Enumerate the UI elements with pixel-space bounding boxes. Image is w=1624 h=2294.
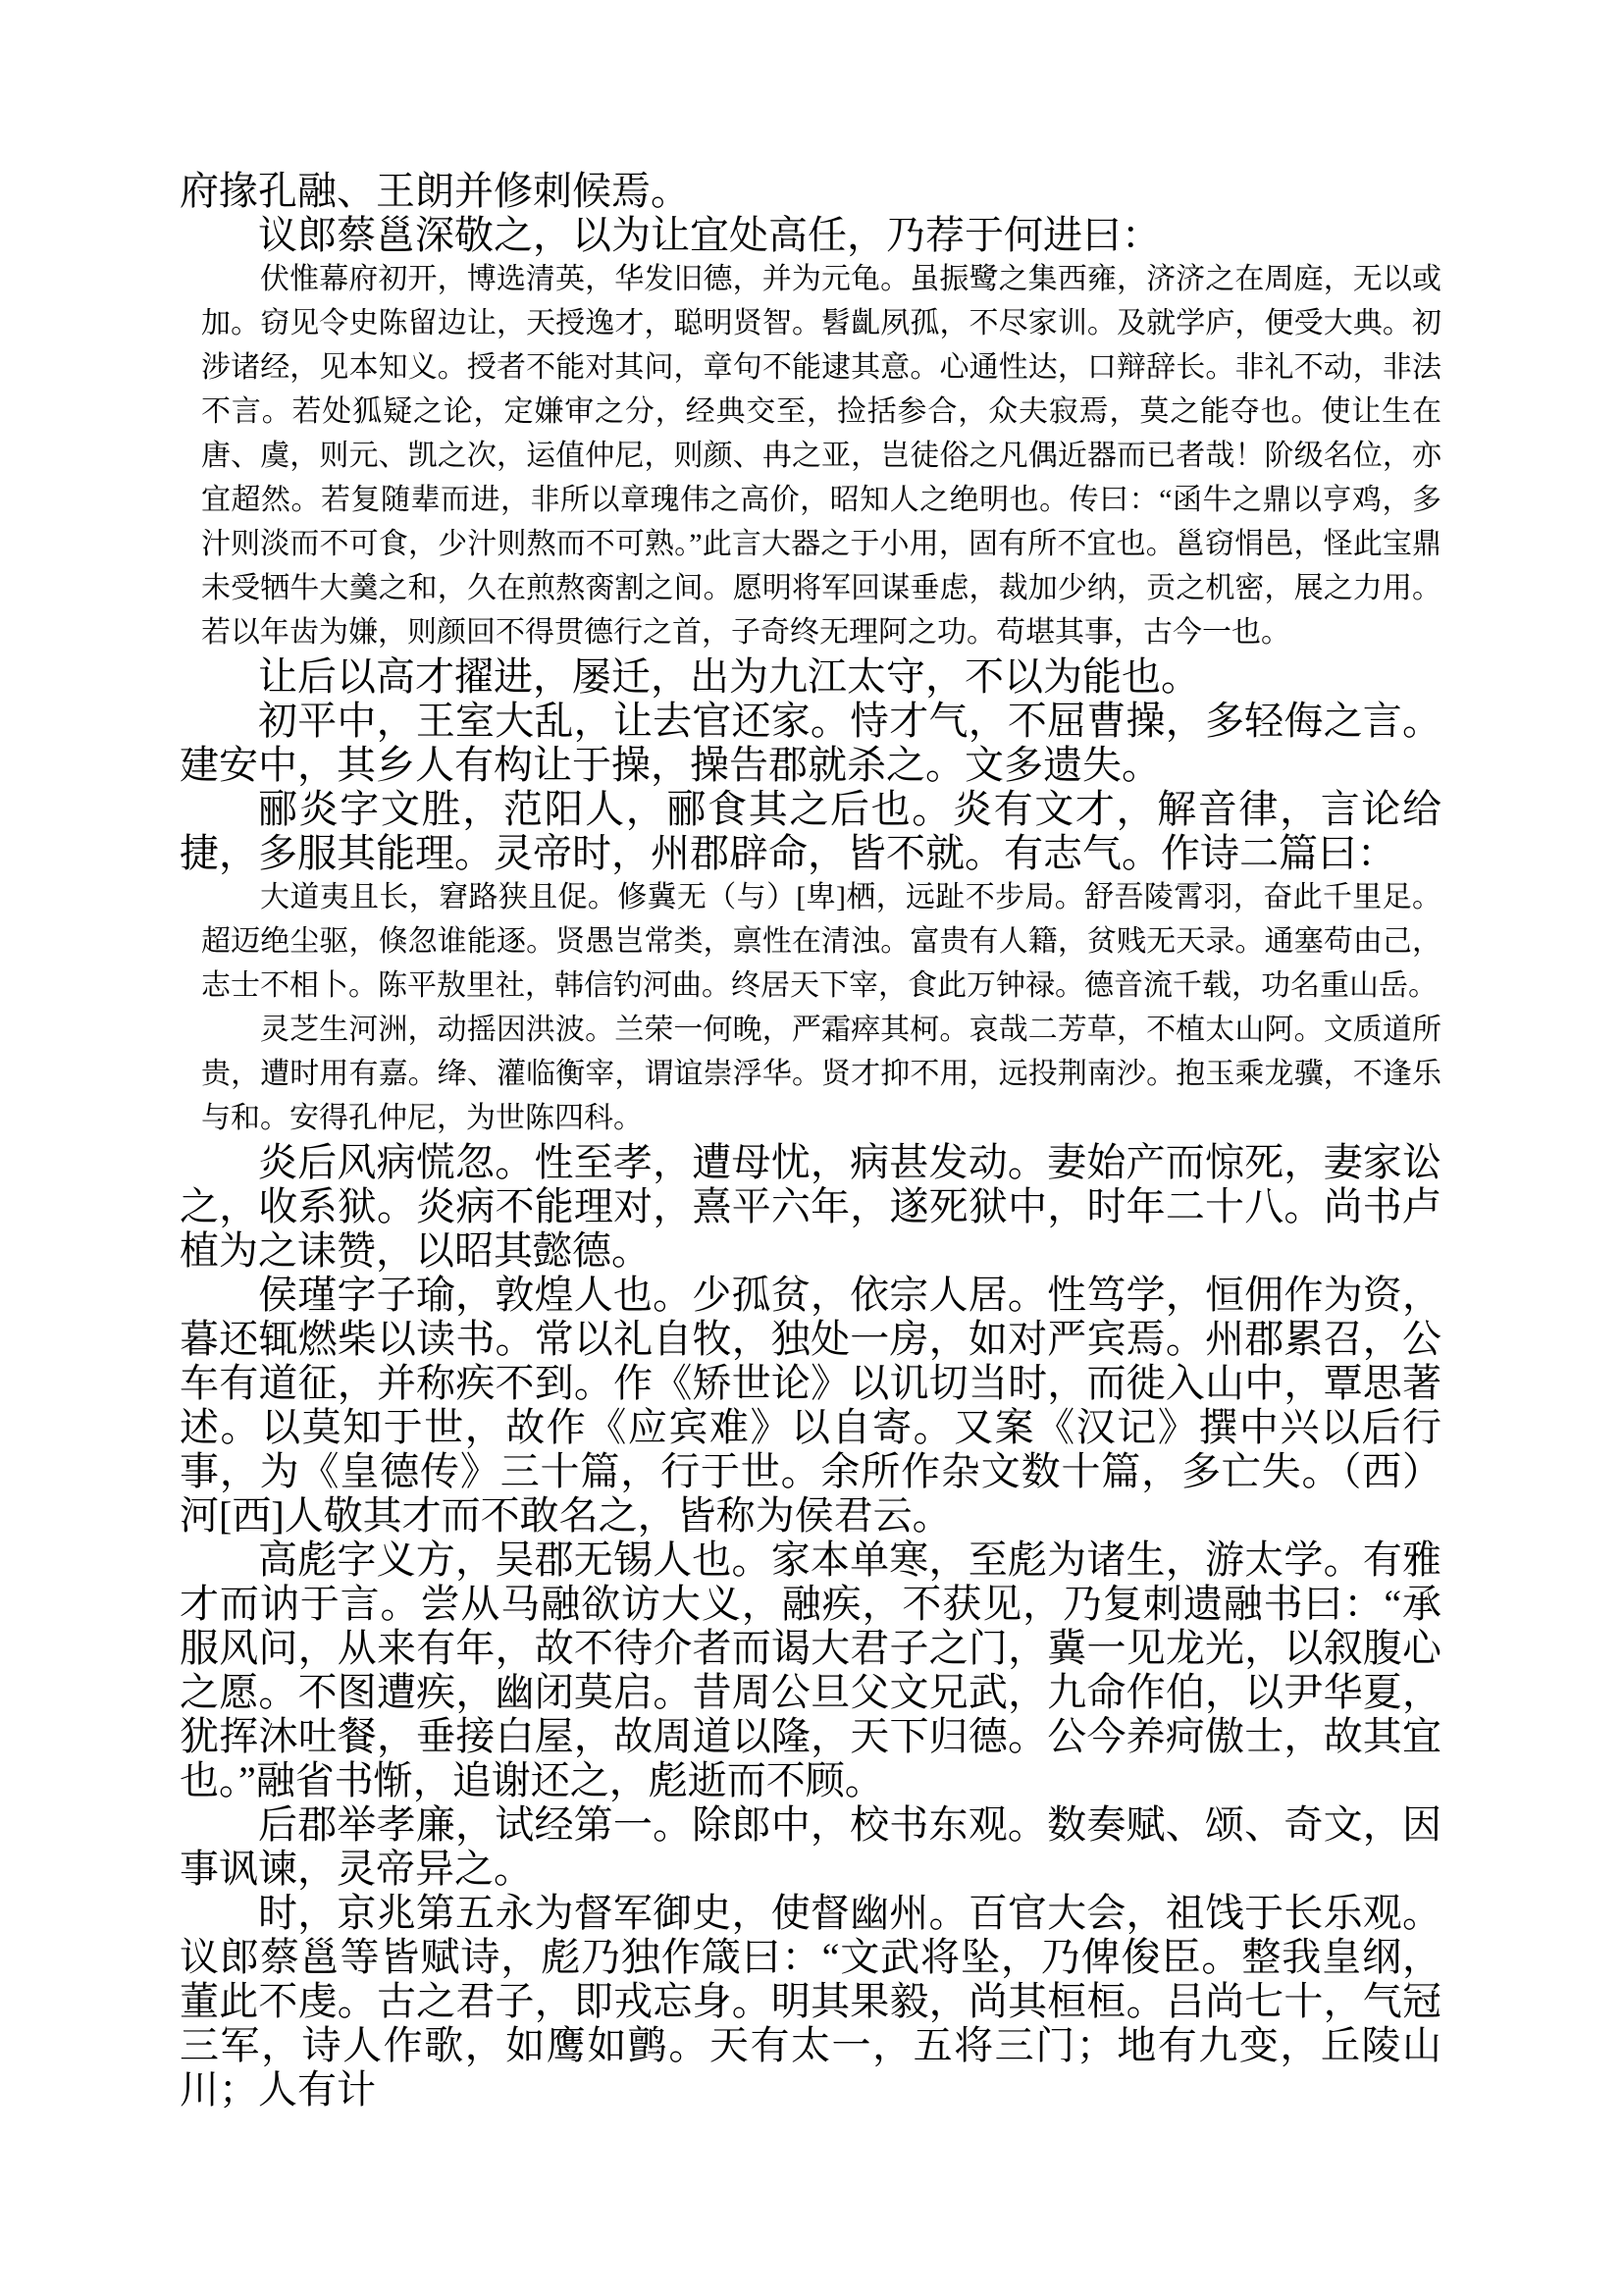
body-paragraph-li-yan-intro: 郦炎字文胜，范阳人，郦食其之后也。炎有文才，解音律，言论给捷，多服其能理。灵帝时… <box>180 787 1441 875</box>
body-paragraph-recommendation-intro: 议郎蔡邕深敬之，以为让宜处高任，乃荐于何进曰： <box>180 213 1441 257</box>
quote-block-cai-yong-letter: 伏惟幕府初开，博选清英，华发旧德，并为元龟。虽振鹭之集西雍，济济之在周庭，无以或… <box>201 257 1441 654</box>
poem-stanza-1: 大道夷且长，窘路狭且促。修冀无（与）[卑]栖，远趾不步局。舒吾陵霄羽，奋此千里足… <box>201 875 1441 1008</box>
body-paragraph-hou-jin: 侯瑾字子瑜，敦煌人也。少孤贫，依宗人居。性笃学，恒佣作为资，暮还辄燃柴以读书。常… <box>180 1273 1441 1538</box>
body-paragraph-li-yan-death: 炎后风病慌忽。性至孝，遭母忧，病甚发动。妻始产而惊死，妻家讼之，收系狱。炎病不能… <box>180 1140 1441 1273</box>
body-paragraph-promotion: 让后以高才擢进，屡迁，出为九江太守，不以为能也。 <box>180 654 1441 699</box>
body-paragraph-gao-biao: 高彪字义方，吴郡无锡人也。家本单寒，至彪为诸生，游太学。有雅才而讷于言。尝从马融… <box>180 1538 1441 1802</box>
body-paragraph-zhen-inscription: 时，京兆第五永为督军御史，使督幽州。百官大会，祖饯于长乐观。议郎蔡邕等皆赋诗，彪… <box>180 1891 1441 2112</box>
poem-stanza-2: 灵芝生河洲，动摇因洪波。兰荣一何晚，严霜瘁其柯。哀哉二芳草，不植太山阿。文质道所… <box>201 1008 1441 1140</box>
body-paragraph-continuation: 府掾孔融、王朗并修刺候焉。 <box>180 169 1441 213</box>
body-paragraph-chuping: 初平中，王室大乱，让去官还家。恃才气，不屈曹操，多轻侮之言。建安中，其乡人有构让… <box>180 699 1441 787</box>
body-paragraph-xiaolian: 后郡举孝廉，试经第一。除郎中，校书东观。数奏赋、颂、奇文，因事讽谏，灵帝异之。 <box>180 1802 1441 1891</box>
document-page: 府掾孔融、王朗并修刺候焉。 议郎蔡邕深敬之，以为让宜处高任，乃荐于何进曰： 伏惟… <box>0 0 1624 2294</box>
page-content: 府掾孔融、王朗并修刺候焉。 议郎蔡邕深敬之，以为让宜处高任，乃荐于何进曰： 伏惟… <box>180 169 1441 2112</box>
